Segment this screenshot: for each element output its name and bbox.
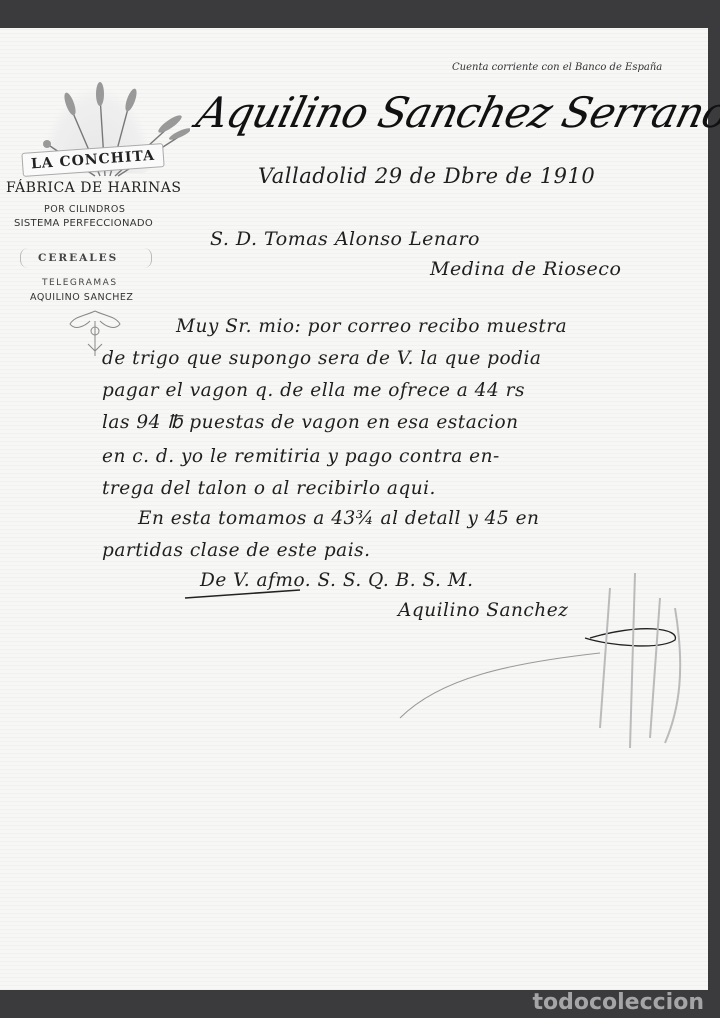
letterhead-line: TELEGRAMAS bbox=[42, 278, 118, 288]
bank-account-note: Cuenta corriente con el Banco de España bbox=[452, 62, 662, 73]
watermark: todocoleccion bbox=[532, 990, 704, 1015]
body-line: trega del talon o al recibirlo aqui. bbox=[102, 478, 436, 499]
signature: Aquilino Sanchez bbox=[398, 600, 568, 621]
letterhead-line: POR CILINDROS bbox=[44, 204, 125, 215]
closing-line: De V. afmo. S. S. Q. B. S. M. bbox=[200, 570, 474, 591]
body-line: Muy Sr. mio: por correo recibo muestra bbox=[176, 316, 567, 337]
body-line: pagar el vagon q. de ella me ofrece a 44… bbox=[102, 380, 525, 401]
signature-flourish-icon bbox=[180, 568, 700, 768]
recipient-place: Medina de Rioseco bbox=[430, 258, 621, 280]
letterhead-line: AQUILINO SANCHEZ bbox=[30, 292, 133, 303]
letterhead: LA CONCHITA FÁBRICA DE HARINAS POR CILIN… bbox=[0, 66, 185, 356]
date-line: Valladolid 29 de Dbre de 1910 bbox=[258, 164, 595, 188]
letterhead-line: FÁBRICA DE HARINAS bbox=[6, 180, 181, 196]
body-line: de trigo que supongo sera de V. la que p… bbox=[102, 348, 541, 369]
letter-paper: Cuenta corriente con el Banco de España … bbox=[0, 28, 708, 990]
body-line: En esta tomamos a 43¾ al detall y 45 en bbox=[138, 508, 539, 529]
letterhead-line: SISTEMA PERFECCIONADO bbox=[14, 218, 153, 229]
letterhead-line: CEREALES bbox=[38, 252, 118, 264]
body-line: en c. d. yo le remitiria y pago contra e… bbox=[102, 446, 500, 467]
body-line: las 94 ℔ puestas de vagon en esa estacio… bbox=[102, 412, 519, 433]
recipient-name: S. D. Tomas Alonso Lenaro bbox=[210, 228, 480, 250]
body-line: partidas clase de este pais. bbox=[102, 540, 370, 561]
firm-name: Aquilino Sanchez Serrano bbox=[192, 88, 720, 137]
